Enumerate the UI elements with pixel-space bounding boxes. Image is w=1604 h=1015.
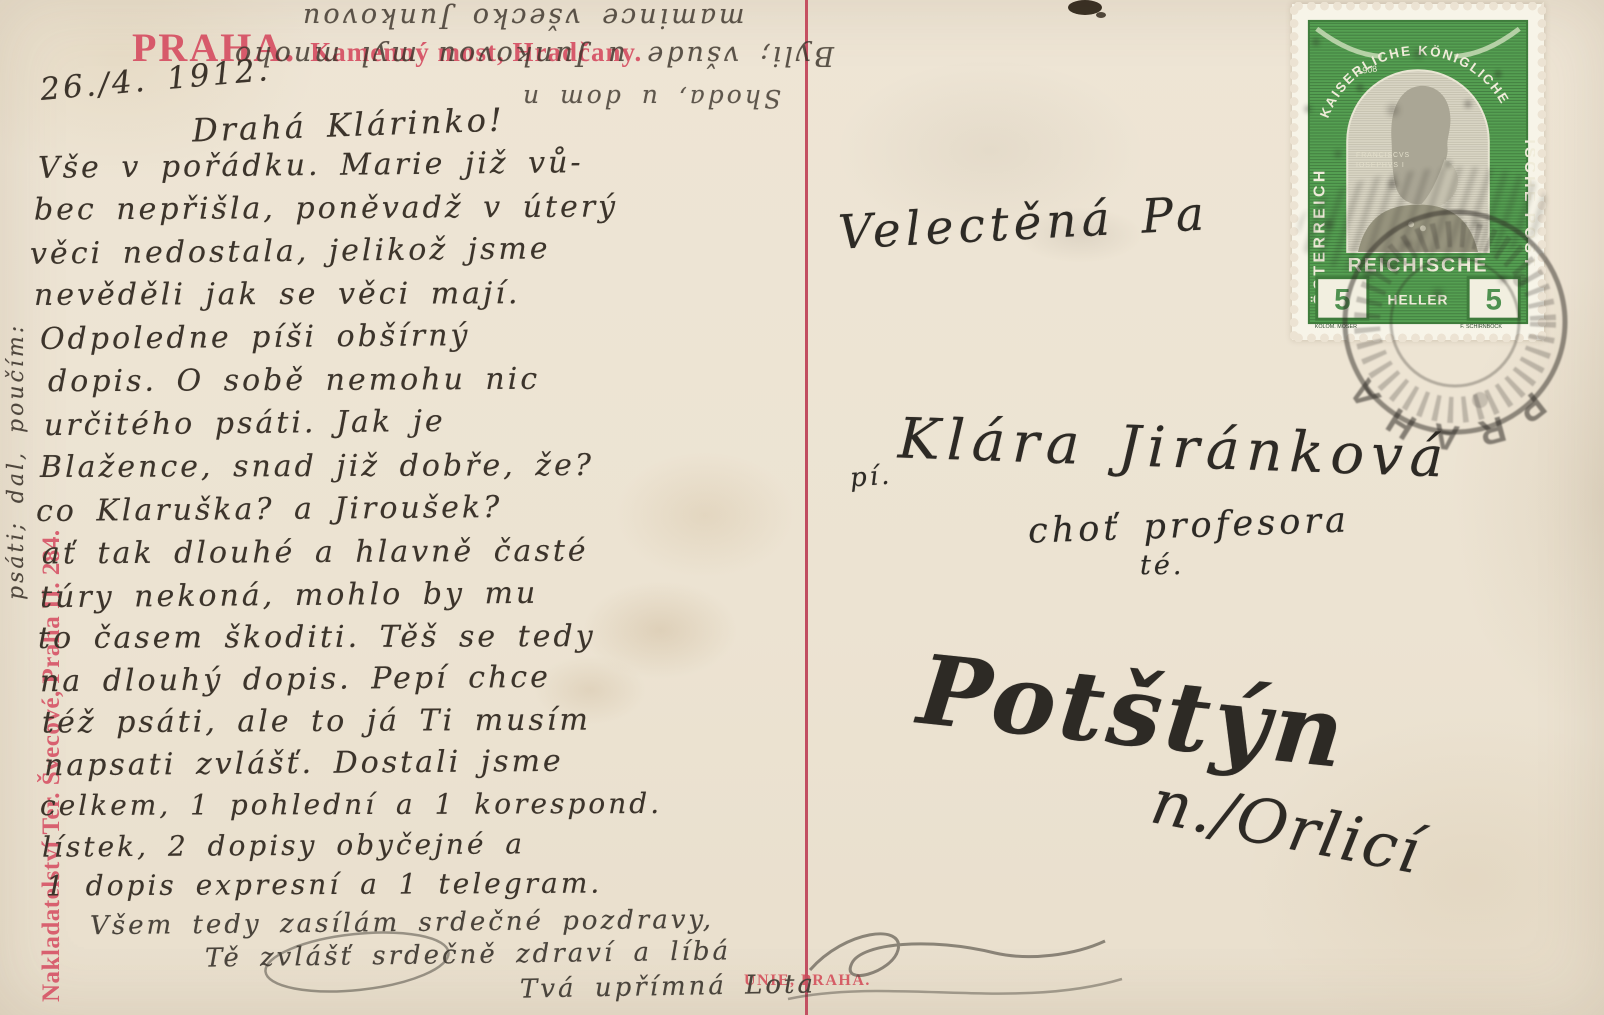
address-line3: té. xyxy=(1140,550,1184,581)
stamp-portrait-caption: FRANCISCVS xyxy=(1356,152,1410,159)
message-line: dopis. O sobě nemohu nic xyxy=(48,362,540,400)
divider-line xyxy=(805,0,808,1015)
ink-spot xyxy=(1096,12,1106,18)
postmark: PRAHA xyxy=(1330,200,1580,450)
greeting: Drahá Klárinko! xyxy=(191,101,505,150)
message-line: lístek, 2 dopisy obyčejné a xyxy=(42,827,525,863)
overflow-scrawl-line: Shoda, u dom n xyxy=(520,84,781,113)
message-line: napsati zvlášť. Dostali jsme xyxy=(44,744,564,784)
address-honorific: pí. xyxy=(849,461,893,494)
message-line: celkem, 1 pohlední a 1 korespond. xyxy=(40,787,662,822)
message-line: nevěděli jak se věci mají. xyxy=(34,276,521,313)
message-line: určitého psáti. Jak je xyxy=(44,404,446,443)
stamp-perforation xyxy=(1290,4,1301,340)
postcard-back: PRAHA. Kamenný most, Hradčany. Nakladate… xyxy=(0,0,1604,1015)
message-line: 1 dopis expresní a 1 telegram. xyxy=(46,867,602,903)
stamp-perforation xyxy=(1292,2,1544,13)
stamp-portrait-caption: IOSEPHVS I xyxy=(1356,162,1405,169)
address-salutation: Velectěná Pa xyxy=(837,186,1210,260)
message-line: Vše v pořádku. Marie již vů- xyxy=(38,145,584,186)
message-line: bec nepřišla, poněvadž v úterý xyxy=(34,189,618,227)
address-line2: choť profesora xyxy=(1027,500,1350,551)
overflow-scrawl-line: mamince všecko Junkovou xyxy=(300,2,745,33)
overflow-scrawl-line: Byli; všude u Junkovou myl mnoho xyxy=(232,40,834,71)
message-line: věci nedostala, jelikož jsme xyxy=(30,231,551,271)
message-line: co Klaruška? a Jiroušek? xyxy=(36,490,503,529)
message-line: Odpoledne píši obšírný xyxy=(40,318,471,357)
margin-note: psáti; dal, poučím: xyxy=(4,323,29,600)
message-line: též psáti, ale to já Ti musím xyxy=(42,703,591,741)
cancellation-speckles xyxy=(1296,12,1300,16)
pencil-loop xyxy=(255,920,465,1000)
pencil-flourish xyxy=(770,915,1150,1015)
message-line: na dlouhý dopis. Pepí chce xyxy=(40,660,551,699)
message-line: túry nekoná, mohlo by mu xyxy=(40,576,539,615)
message-line: Blažence, snad již dobře, že? xyxy=(40,448,594,485)
message-line: ať tak dlouhé a hlavně časté xyxy=(42,534,589,572)
address-town: Potštýn xyxy=(913,633,1352,790)
message-line: to časem škoditi. Těš se tedy xyxy=(38,619,596,656)
